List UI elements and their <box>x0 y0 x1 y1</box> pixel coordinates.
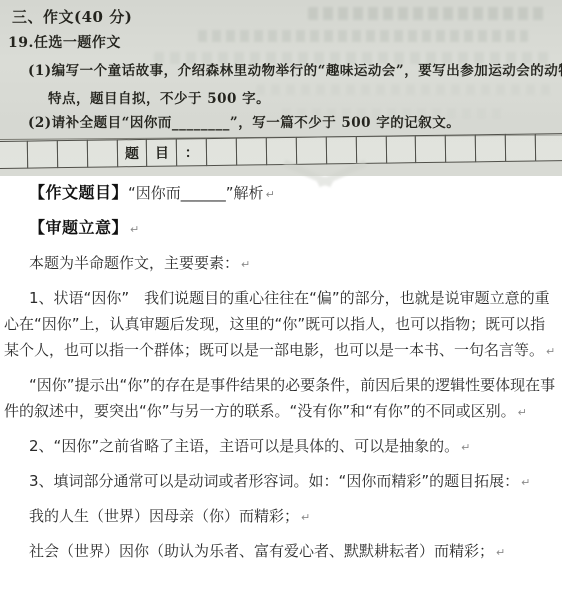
intro-text: 本题为半命题作文，主要要素： <box>29 254 239 272</box>
paragraph-mark-icon: ↵ <box>546 345 555 358</box>
answer-grid-cell: ： <box>176 138 207 166</box>
section-heading-label: 【审题立意】 <box>29 218 128 237</box>
paragraph-text: 3、填词部分通常可以是动词或者形容词。如：“因你而精彩”的题目拓展： <box>29 472 519 490</box>
paragraph-text: 我的人生（世界）因母亲（你）而精彩； <box>29 507 299 525</box>
paragraph-text: “因你”提示出“你”的存在是事件结果的必要条件，前因后果的逻辑性要体现在事件的叙… <box>4 376 555 420</box>
analysis-section: 【作文题目】“因你而______”解析↵ 【审题立意】↵ 本题为半命题作文，主要… <box>0 176 562 573</box>
answer-grid-cell <box>0 141 28 169</box>
answer-grid-cell <box>385 135 416 163</box>
paragraph-mark-icon: ↵ <box>301 511 310 524</box>
answer-grid-cell <box>266 137 297 165</box>
analysis-intro: 本题为半命题作文，主要要素：↵ <box>4 250 558 278</box>
paragraph-mark-icon: ↵ <box>496 546 505 559</box>
answer-grid-cell <box>326 136 357 164</box>
answer-grid-cell <box>206 138 237 166</box>
answer-grid-cell <box>505 133 536 161</box>
paragraph-mark-icon: ↵ <box>241 258 250 271</box>
answer-grid-cell <box>415 135 446 163</box>
analysis-paragraph-3: 2、“因你”之前省略了主语，主语可以是具体的、可以是抽象的。↵ <box>4 433 558 461</box>
paragraph-mark-icon: ↵ <box>266 188 275 201</box>
exam-option2-line: (2)请补全题目“因你而________”，写一篇不少于 500 字的记叙文。 <box>28 111 460 131</box>
paragraph-mark-icon: ↵ <box>130 223 139 236</box>
exam-paper-scan: 三、作文(40 分) 19.任选一题作文 (1)编写一个童话故事，介绍森林里动物… <box>0 0 562 176</box>
paragraph-text: 社会（世界）因你（助认为乐者、富有爱心者、默默耕耘者）而精彩； <box>29 542 494 560</box>
answer-grid-cell <box>355 136 386 164</box>
answer-grid-cell <box>236 137 267 165</box>
bleed-through-text <box>256 84 556 95</box>
exam-question-number: 19.任选一题作文 <box>8 32 121 52</box>
answer-grid-cell <box>475 134 506 162</box>
paragraph-mark-icon: ↵ <box>461 441 470 454</box>
exam-option1-line2: 特点，题目自拟，不少于 500 字。 <box>48 87 270 107</box>
answer-grid-cell <box>86 139 117 167</box>
paragraph-text: 1、状语“因你” 我们说题目的重心往往在“偏”的部分，也就是说审题立意的重心在“… <box>4 289 550 359</box>
topic-heading-label: 【作文题目】 <box>29 183 128 202</box>
paragraph-text: 2、“因你”之前省略了主语，主语可以是具体的、可以是抽象的。 <box>29 437 459 455</box>
answer-grid-cell <box>27 140 58 168</box>
bleed-through-text <box>198 30 528 42</box>
exam-section-heading: 三、作文(40 分) <box>12 6 132 27</box>
analysis-paragraph-1: 1、状语“因你” 我们说题目的重心往往在“偏”的部分，也就是说审题立意的重心在“… <box>4 285 558 365</box>
answer-grid-cell <box>535 133 562 161</box>
bleed-through-text <box>308 7 548 20</box>
answer-grid-cell <box>296 136 327 164</box>
answer-grid-cell: 目 <box>146 138 177 166</box>
analysis-topic-heading: 【作文题目】“因你而______”解析↵ <box>4 180 558 208</box>
topic-heading-text: “因你而______”解析 <box>128 184 264 202</box>
analysis-paragraph-4: 3、填词部分通常可以是动词或者形容词。如：“因你而精彩”的题目拓展：↵ <box>4 468 558 496</box>
paragraph-mark-icon: ↵ <box>521 476 530 489</box>
answer-grid-cell: 题 <box>116 139 147 167</box>
analysis-paragraph-6: 社会（世界）因你（助认为乐者、富有爱心者、默默耕耘者）而精彩；↵ <box>4 538 558 566</box>
answer-grid-cell <box>57 140 88 168</box>
paragraph-mark-icon: ↵ <box>518 406 527 419</box>
analysis-section-heading: 【审题立意】↵ <box>4 215 558 243</box>
analysis-paragraph-2: “因你”提示出“你”的存在是事件结果的必要条件，前因后果的逻辑性要体现在事件的叙… <box>4 372 558 426</box>
analysis-paragraph-5: 我的人生（世界）因母亲（你）而精彩；↵ <box>4 503 558 531</box>
exam-option1-line1: (1)编写一个童话故事，介绍森林里动物举行的“趣味运动会”，要写出参加运动会的动… <box>28 59 562 79</box>
answer-grid-cell <box>445 134 476 162</box>
